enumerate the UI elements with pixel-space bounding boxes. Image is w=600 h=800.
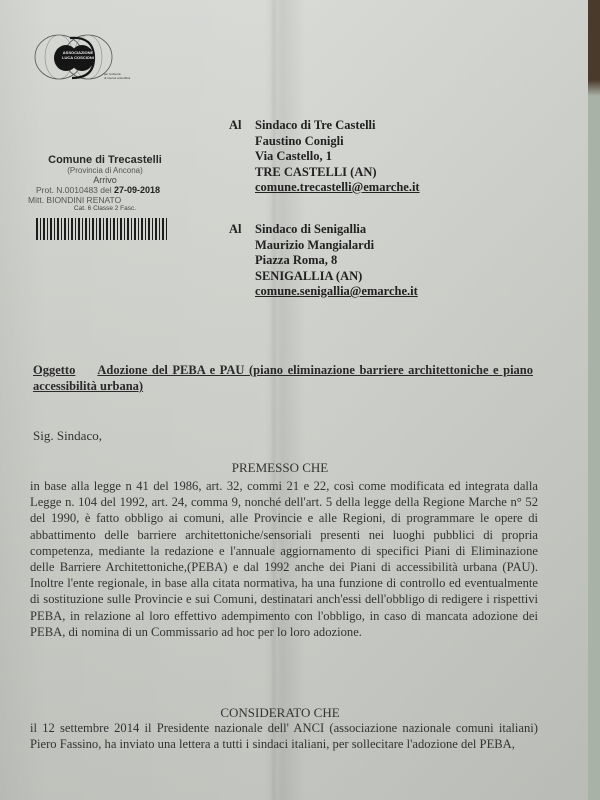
- background-edge: [588, 0, 600, 800]
- stamp-classification: Cat. 6 Classe 2 Fasc.: [30, 205, 180, 212]
- recipient-email: comune.trecastelli@emarche.it: [255, 180, 420, 196]
- stamp-protocol-number: Prot. N.0010483 del: [36, 185, 112, 195]
- stamp-title: Comune di Trecastelli: [30, 154, 180, 166]
- recipient-prefix: Al: [229, 118, 242, 134]
- section-heading-considerato: CONSIDERATO CHE: [0, 705, 580, 721]
- section-heading-premesso: PREMESSO CHE: [0, 460, 580, 476]
- recipient-city: TRE CASTELLI (AN): [255, 165, 420, 181]
- barcode: [36, 218, 168, 240]
- recipient-street: Piazza Roma, 8: [255, 253, 418, 269]
- recipient-title: Sindaco di Senigallia: [255, 222, 418, 238]
- recipient-email: comune.senigallia@emarche.it: [255, 284, 418, 300]
- section-body-considerato: il 12 settembre 2014 il Presidente nazio…: [30, 720, 538, 752]
- recipient-name: Maurizio Mangialardi: [255, 238, 418, 254]
- subject-line: OggettoAdozione del PEBA e PAU (piano el…: [33, 362, 533, 394]
- recipient-name: Faustino Conigli: [255, 134, 420, 150]
- stamp-direction: Arrivo: [30, 175, 180, 185]
- subject-label: Oggetto: [33, 363, 75, 377]
- stamp-protocol-date: 27-09-2018: [114, 185, 160, 195]
- logo-name: ASSOCIAZIONE LUCA COSCIONI: [58, 50, 98, 60]
- protocol-stamp: Comune di Trecastelli (Provincia di Anco…: [30, 154, 180, 212]
- subject-text: Adozione del PEBA e PAU (piano eliminazi…: [33, 363, 533, 393]
- recipient-title: Sindaco di Tre Castelli: [255, 118, 420, 134]
- section-body-premesso: in base alla legge n 41 del 1986, art. 3…: [30, 478, 538, 640]
- salutation: Sig. Sindaco,: [33, 428, 102, 444]
- recipient-street: Via Castello, 1: [255, 149, 420, 165]
- stamp-sender: Mitt. BIONDINI RENATO: [28, 195, 180, 205]
- stamp-protocol: Prot. N.0010483 del 27-09-2018: [36, 185, 180, 195]
- logo-tagline: per la libertà di ricerca scientifica: [104, 72, 130, 80]
- stamp-province: (Provincia di Ancona): [30, 166, 180, 175]
- logo-tagline-line2: di ricerca scientifica: [104, 76, 130, 80]
- recipient-prefix: Al: [229, 222, 242, 238]
- logo-name-line2: LUCA COSCIONI: [58, 55, 98, 60]
- recipient-city: SENIGALLIA (AN): [255, 269, 418, 285]
